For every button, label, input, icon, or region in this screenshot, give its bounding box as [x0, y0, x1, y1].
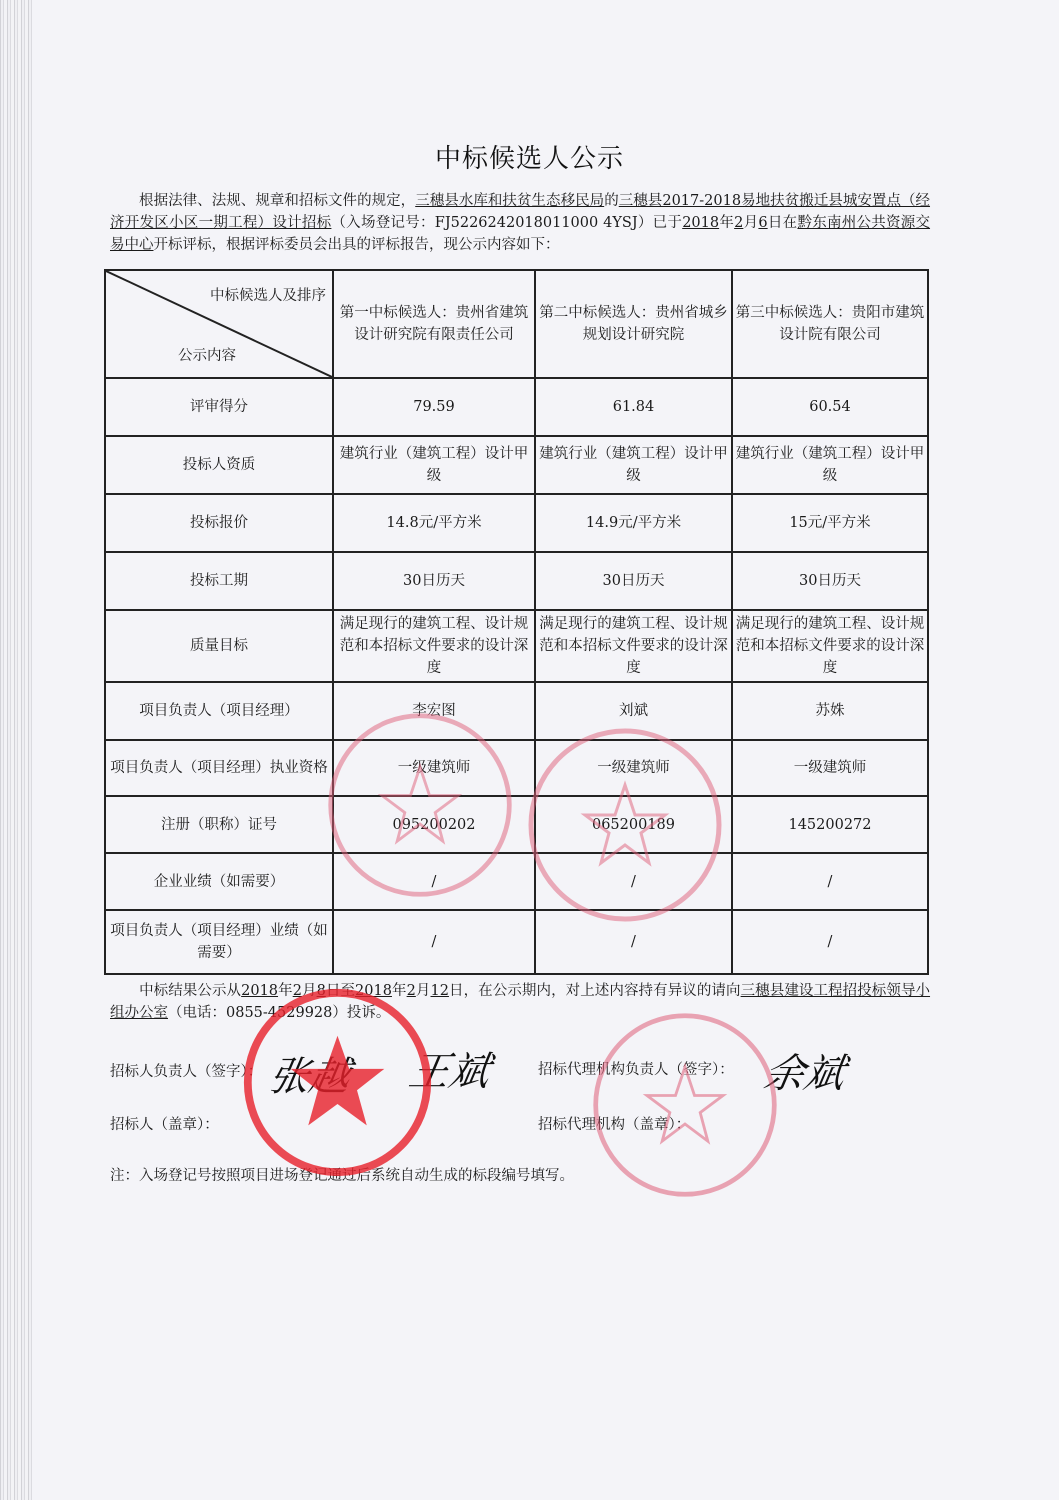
candidates-table: 中标候选人及排序 公示内容 第一中标候选人：贵州省建筑设计研究院有限责任公司 第… — [104, 269, 929, 975]
table-header-row: 中标候选人及排序 公示内容 第一中标候选人：贵州省建筑设计研究院有限责任公司 第… — [105, 270, 928, 378]
table-row: 投标工期 30日历天 30日历天 30日历天 — [105, 552, 928, 610]
table-row: 质量目标 满足现行的建筑工程、设计规范和本招标文件要求的设计深度 满足现行的建筑… — [105, 610, 928, 682]
table-row: 项目负责人（项目经理）业绩（如需要） / / / — [105, 910, 928, 974]
tenderer-name: 三穗县水库和扶贫生态移民局 — [415, 193, 604, 209]
table-row: 注册（职称）证号 095200202 065200189 145200272 — [105, 796, 928, 853]
table-row: 企业业绩（如需要） / / / — [105, 853, 928, 910]
tenderer-head-signature-label: 招标人负责人（签字）： — [110, 1060, 262, 1081]
tenderer-head-signature: 张越 — [265, 1045, 355, 1102]
agent-head-signature-label: 招标代理机构负责人（签字）： — [538, 1058, 734, 1079]
agent-seal-stamp — [590, 1005, 780, 1205]
table-row: 评审得分 79.59 61.84 60.54 — [105, 378, 928, 436]
scan-edge-artifact — [0, 0, 32, 1500]
table-row: 项目负责人（项目经理）执业资格 一级建筑师 一级建筑师 一级建筑师 — [105, 740, 928, 796]
tenderer-head-signature-2: 王斌 — [405, 1040, 495, 1097]
corner-header-cell: 中标候选人及排序 公示内容 — [105, 270, 333, 378]
candidate-header: 第三中标候选人：贵阳市建筑设计院有限公司 — [732, 270, 928, 378]
result-paragraph: 中标结果公示从2018年2月8日至2018年2月12日，在公示期内，对上述内容持… — [110, 980, 930, 1024]
page-title: 中标候选人公示 — [0, 138, 1059, 175]
agent-seal-label: 招标代理机构（盖章）： — [538, 1113, 690, 1134]
tenderer-seal-label: 招标人（盖章）： — [110, 1113, 219, 1134]
table-row: 项目负责人（项目经理） 李宏图 刘斌 苏姝 — [105, 682, 928, 740]
agent-head-signature: 余斌 — [760, 1042, 850, 1099]
candidate-header: 第二中标候选人：贵州省城乡规划设计研究院 — [535, 270, 732, 378]
candidate-header: 第一中标候选人：贵州省建筑设计研究院有限责任公司 — [333, 270, 535, 378]
footnote: 注：入场登记号按照项目进场登记通过后系统自动生成的标段编号填写。 — [110, 1164, 574, 1185]
table-row: 投标报价 14.8元/平方米 14.9元/平方米 15元/平方米 — [105, 494, 928, 552]
intro-paragraph: 根据法律、法规、规章和招标文件的规定，三穗县水库和扶贫生态移民局的三穗县2017… — [110, 190, 930, 256]
table-row: 投标人资质 建筑行业（建筑工程）设计甲级 建筑行业（建筑工程）设计甲级 建筑行业… — [105, 436, 928, 494]
